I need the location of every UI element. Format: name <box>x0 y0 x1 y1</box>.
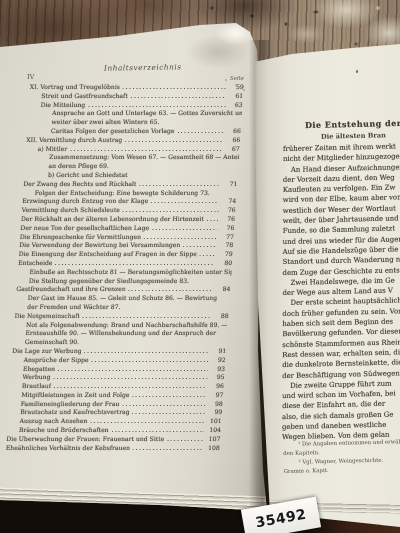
toc-page-number: 99 <box>208 409 222 416</box>
toc-row: der Fremden und Wächter 87. <box>15 304 230 313</box>
toc-entry-text: XI. Vortrag und Treugelöbnis <box>30 84 121 91</box>
toc-dot-leader <box>88 103 226 107</box>
toc-dot-leader <box>133 446 203 450</box>
toc-entry-text: Not als Folgenabwendung: Brand und Nachb… <box>26 322 228 329</box>
toc-page-number: 107 <box>206 436 220 443</box>
toc-row: Brautschatz und Kaufrechtsvertrag99 <box>8 409 223 418</box>
toc-page-number: 76 <box>220 225 234 232</box>
toc-page-number: 93 <box>211 366 225 373</box>
toc-page-number: 66 <box>227 128 241 135</box>
toc-row: Familieneingliederung der Frau98 <box>8 401 223 410</box>
toc-entry-text: Mitgiftleistungen in Zeit und Folge <box>21 392 130 399</box>
toc-entry-text: Streit und Gastfreundschaft <box>41 93 128 100</box>
toc-entry-text: Der Rückhalt an der älteren Lebensordnun… <box>21 216 204 223</box>
toc-dot-leader <box>55 261 215 265</box>
toc-dot-leader <box>58 367 208 371</box>
toc-row: Bräuche und Brüderschaften104 <box>7 427 222 436</box>
toc-row: Ansprache an Gott und Unterlage 63. — Go… <box>28 110 243 119</box>
toc-row: Gemeinschaft 90. <box>12 339 227 348</box>
toc-dot-leader <box>111 428 204 432</box>
toc-entry-text: Gastfreundschaft und ihre Grenzen <box>16 286 126 293</box>
toc-page-number: 74 <box>222 198 236 205</box>
toc-dot-leader <box>139 182 220 186</box>
toc-entry-text: Werbung <box>22 374 50 381</box>
toc-dot-leader <box>125 138 223 142</box>
toc-entry-text: Familieneingliederung der Frau <box>21 401 120 408</box>
toc-dot-leader <box>129 287 214 291</box>
book-photo: IV Inhaltsverzeichnis Seite XI. Vortrag … <box>0 0 400 533</box>
toc-entry-text: Die Stellung gegenüber der Siedlungsgeme… <box>29 278 190 285</box>
toc-page-number: 63 <box>228 102 242 109</box>
toc-page-number: 88 <box>214 313 228 320</box>
toc-dot-leader <box>54 384 207 388</box>
toc-row: Die Ehrengeschenke für Vermittlungen77 <box>19 234 234 243</box>
toc-row: Caritas Folgen der gesetzlichen Vorlage6… <box>26 128 241 137</box>
toc-dot-leader <box>207 217 219 221</box>
toc-dot-leader <box>151 199 219 203</box>
toc-dot-leader <box>132 393 206 397</box>
toc-page-number: 79 <box>218 251 232 258</box>
toc-page-number: 66 <box>226 137 240 144</box>
toc-entry-text: Bräuche und Brüderschaften <box>19 427 109 434</box>
toc-row: Die Mitteilung63 <box>28 102 243 111</box>
toc-entry-text: Folgen der Entscheidung: Eine bewegte Sc… <box>35 190 210 197</box>
toc-page-number: 97 <box>209 392 223 399</box>
toc-entry-text: Caritas Folgen der gesetzlichen Vorlage <box>51 128 175 135</box>
toc-row: Eheähnliches Verhältnis der Kebsfrauen10… <box>5 445 220 454</box>
toc-page-number: 80 <box>218 260 232 267</box>
toc-page-number: 77 <box>220 234 234 241</box>
left-page-number: IV <box>27 73 34 81</box>
toc-dot-leader <box>131 94 227 98</box>
toc-dot-leader <box>152 226 218 230</box>
toc-row: Not als Folgenabwendung: Brand und Nachb… <box>14 322 229 331</box>
toc-row: an deren Pflege 69. <box>24 163 239 172</box>
toc-page-number: 78 <box>219 242 233 249</box>
toc-row: Ernteaushilfe 90. — Willensbekundung und… <box>13 330 228 339</box>
toc-dot-leader <box>144 235 217 239</box>
toc-page-number: 95 <box>210 374 224 381</box>
toc-dot-leader <box>92 358 209 362</box>
toc-row: Der Rückhalt an der älteren Lebensordnun… <box>21 216 236 225</box>
toc-row: Folgen der Entscheidung: Eine bewegte Sc… <box>22 190 237 199</box>
toc-page-number: 96 <box>210 383 224 390</box>
toc-page-number: 98 <box>209 401 223 408</box>
toc-header: Inhaltsverzeichnis <box>104 62 182 72</box>
toc-entry-text: Brautlauf <box>22 383 52 390</box>
toc-dot-leader <box>200 252 216 256</box>
toc-entry-text: Der Zwang des Rechts und Rückhalt <box>23 181 137 188</box>
toc-page-number: 67 <box>225 146 239 153</box>
toc-row: Zusammensetzung: Vom Wesen 67. — Gesamth… <box>25 154 240 163</box>
toc-page-number: 76 <box>221 216 235 223</box>
toc-entry-text: Ansprüche der Sippe <box>23 357 88 364</box>
toc-entry-text: Die Verwendung der Bewirtung bei Versamm… <box>19 242 180 249</box>
toc-entry-text: Ernteaushilfe 90. — Willensbekundung und… <box>25 330 216 337</box>
toc-entry-text: Die Lage zur Werbung <box>12 348 82 355</box>
toc-row: Ehegatten93 <box>11 366 226 375</box>
toc-entry-text: Die Einengung der Entscheidung auf Frage… <box>18 251 197 258</box>
toc-row: a) Mittler67 <box>25 146 240 155</box>
toc-entry-text: Der Gast im Hause 85. — Geleit und Schut… <box>28 295 218 302</box>
toc-row: Werbung95 <box>10 374 225 383</box>
inventory-label-number: 35492 <box>254 506 307 531</box>
toc-page-number: 76 <box>221 207 235 214</box>
toc-entry-text: Auszug nach Ansehen <box>19 418 87 425</box>
toc-entry-text: Ansprache an Gott und Unterlage 63. — Go… <box>52 110 242 117</box>
toc-row: Streit und Gastfreundschaft61 <box>29 93 244 102</box>
toc-row: Einbuße an Rechtsschutz 81 — Beratungsmö… <box>17 269 232 278</box>
toc-entry-text: Die Ehrengeschenke für Vermittlungen <box>20 234 142 241</box>
toc-entry-text: Einbuße an Rechtsschutz 81 — Beratungsmö… <box>29 269 231 276</box>
toc-page-number: 108 <box>206 445 220 452</box>
toc-page-number: 101 <box>207 418 221 425</box>
toc-row: Mitgiftleistungen in Zeit und Folge97 <box>9 392 224 401</box>
toc-row: Entscheide80 <box>18 260 233 269</box>
toc-entry-text: weiter über zwei alten Wintern 65. <box>51 119 159 126</box>
toc-list: XI. Vortrag und Treugelöbnis59Streit und… <box>5 84 244 453</box>
toc-entry-text: der Fremden und Wächter 87. <box>27 304 121 311</box>
toc-page-number: 84 <box>216 286 230 293</box>
section-subheading: Die ältesten Bran <box>321 131 386 140</box>
toc-dot-leader <box>167 437 203 441</box>
toc-entry-text: Ehegatten <box>23 366 55 373</box>
toc-dot-leader <box>122 402 206 406</box>
toc-row: Die Notgemeinschaft88 <box>14 313 229 322</box>
toc-row: Der Zwang des Rechts und Rückhalt71 <box>23 181 238 190</box>
toc-entry-text: Der neue Ton der gesellschaftlichen Lage <box>20 225 149 232</box>
toc-page-number: 71 <box>223 181 237 188</box>
toc-page-number: 91 <box>212 348 226 355</box>
toc-row: Vermittlung durch Schiedsleute76 <box>21 207 236 216</box>
toc-row: Ansprüche der Sippe92 <box>11 357 226 366</box>
toc-dot-leader <box>83 314 212 318</box>
toc-page-number: 104 <box>207 427 221 434</box>
toc-row: Der neue Ton der gesellschaftlichen Lage… <box>20 225 235 234</box>
toc-entry-text: Die Überwachung der Frauen: Frauenart un… <box>6 436 164 443</box>
toc-dot-leader <box>123 208 219 212</box>
toc-entry-text: Entscheide <box>18 260 53 267</box>
toc-dot-leader <box>85 349 210 353</box>
toc-entry-text: Erzwingung durch Entzug von der Klage <box>22 198 148 205</box>
page-speck <box>356 70 358 73</box>
toc-entry-text: a) Mittler <box>37 146 67 153</box>
toc-row: Die Einengung der Entscheidung auf Frage… <box>18 251 233 260</box>
toc-dot-leader <box>123 85 227 89</box>
footnotes: ¹ Die Angaben entnommen und erwähnt, bei… <box>283 439 400 478</box>
toc-entry-text: Eheähnliches Verhältnis der Kebsfrauen <box>6 445 131 452</box>
toc-entry-text: Die Notgemeinschaft <box>14 313 80 320</box>
toc-entry-text: Brautschatz und Kaufrechtsvertrag <box>20 409 130 416</box>
toc-dot-leader <box>132 410 205 414</box>
toc-row: Die Verwendung der Bewirtung bei Versamm… <box>19 242 234 251</box>
toc-dot-leader <box>70 147 223 151</box>
toc-row: Auszug nach Ansehen101 <box>7 418 222 427</box>
toc-row: b) Gericht und Schiedstat <box>24 172 239 181</box>
toc-entry-text: an deren Pflege 69. <box>48 163 109 170</box>
toc-page-number: 92 <box>211 357 225 364</box>
toc-row: Die Überwachung der Frauen: Frauenart un… <box>6 436 221 445</box>
toc-row: Der Gast im Hause 85. — Geleit und Schut… <box>15 295 230 304</box>
toc-row: Erzwingung durch Entzug von der Klage74 <box>22 198 237 207</box>
toc-row: XI. Vortrag und Treugelöbnis59 <box>29 84 244 93</box>
body-text: früherer Zeiten mit ihrem werktnicht der… <box>282 142 400 444</box>
toc-row: weiter über zwei alten Wintern 65. <box>27 119 242 128</box>
toc-dot-leader <box>183 243 216 247</box>
toc-entry-text: Zusammensetzung: Vom Wesen 67. — Gesamth… <box>49 154 239 161</box>
toc-dot-leader <box>53 375 207 379</box>
toc-entry-text: Vermittlung durch Schiedsleute <box>21 207 120 214</box>
toc-dot-leader <box>177 129 224 133</box>
ink-specks <box>222 76 252 94</box>
toc-entry-text: XII. Vermittlung durch Austrag <box>26 137 122 144</box>
toc-row: XII. Vermittlung durch Austrag66 <box>26 137 241 146</box>
toc-row: Die Lage zur Werbung91 <box>12 348 227 357</box>
toc-entry-text: b) Gericht und Schiedstat <box>48 172 128 179</box>
toc-row: Gastfreundschaft und ihre Grenzen84 <box>16 286 231 295</box>
toc-entry-text: Gemeinschaft 90. <box>25 339 80 346</box>
toc-dot-leader <box>90 419 204 423</box>
toc-row: Die Stellung gegenüber der Siedlungsgeme… <box>17 278 232 287</box>
toc-entry-text: Die Mitteilung <box>40 102 85 109</box>
toc-row: Brautlauf96 <box>10 383 225 392</box>
